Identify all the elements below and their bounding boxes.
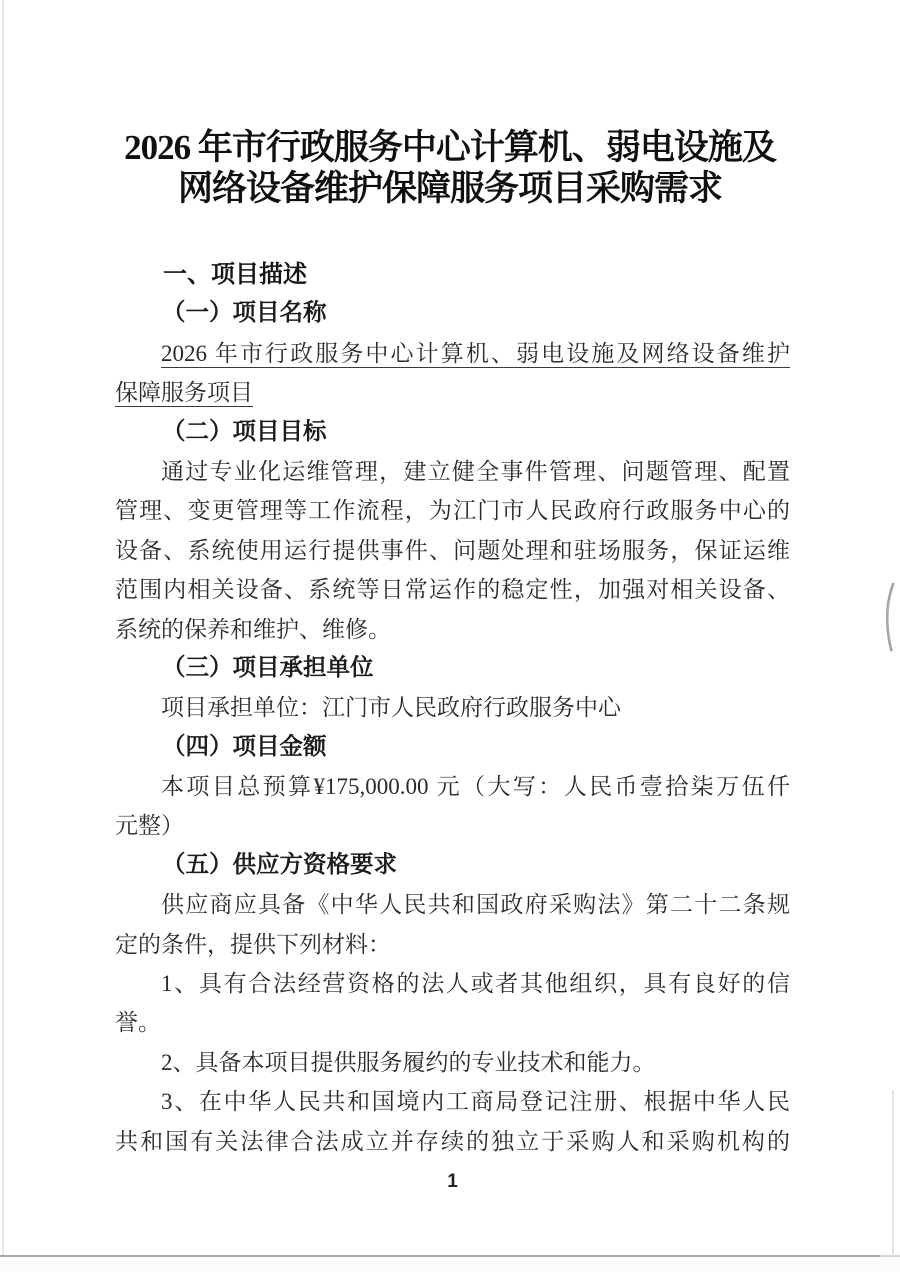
goal-paragraph-line: 设备、系统使用运行提供事件、问题处理和驻场服务，保证运维 <box>115 531 790 570</box>
document-body: 一、项目描述 （一）项目名称 2026 年市行政服务中心计算机、弱电设施及网络设… <box>115 255 790 1161</box>
qualification-item-1-line: 1、具有合法经营资格的法人或者其他组织，具有良好的信 <box>115 964 790 1003</box>
qualification-paragraph-line: 供应商应具备《中华人民共和国政府采购法》第二十二条规 <box>115 885 790 924</box>
goal-paragraph-line: 系统的保养和维护、维修。 <box>115 610 790 649</box>
document-page: 2026 年市行政服务中心计算机、弱电设施及 网络设备维护保障服务项目采购需求 … <box>0 0 900 1272</box>
document-title-line-2: 网络设备维护保障服务项目采购需求 <box>0 168 900 209</box>
document-title: 2026 年市行政服务中心计算机、弱电设施及 网络设备维护保障服务项目采购需求 <box>0 127 900 209</box>
undertaking-unit-line: 项目承担单位：江门市人民政府行政服务中心 <box>115 688 790 727</box>
goal-paragraph-line: 管理、变更管理等工作流程，为江门市人民政府行政服务中心的 <box>115 491 790 530</box>
subsection-heading-project-goal: （二）项目目标 <box>115 413 790 452</box>
project-name-line-2: 保障服务项目 <box>115 373 790 412</box>
page-right-edge <box>892 1090 894 1256</box>
qualification-item-3-line: 共和国有关法律合法成立并存续的独立于采购人和采购机构的 <box>115 1122 790 1161</box>
subsection-heading-project-amount: （四）项目金额 <box>115 728 790 767</box>
qualification-paragraph-line: 定的条件，提供下列材料： <box>115 925 790 964</box>
scan-background-strip <box>0 1257 900 1272</box>
budget-amount-line: 本项目总预算¥175,000.00 元（大写：人民币壹拾柒万伍仟 <box>115 767 790 806</box>
subsection-heading-project-name: （一）项目名称 <box>115 294 790 333</box>
page-left-edge <box>2 0 4 1258</box>
qualification-item-3-line: 3、在中华人民共和国境内工商局登记注册、根据中华人民 <box>115 1082 790 1121</box>
scan-smudge-mark <box>878 581 896 653</box>
goal-paragraph-line: 通过专业化运维管理，建立健全事件管理、问题管理、配置 <box>115 452 790 491</box>
qualification-item-1-line: 誉。 <box>115 1003 790 1042</box>
section-heading-project-description: 一、项目描述 <box>115 255 790 294</box>
document-title-line-1: 2026 年市行政服务中心计算机、弱电设施及 <box>0 127 900 168</box>
budget-amount-line: 元整） <box>115 806 790 845</box>
qualification-item-2-line: 2、具备本项目提供服务履约的专业技术和能力。 <box>115 1043 790 1082</box>
subsection-heading-undertaking-unit: （三）项目承担单位 <box>115 649 790 688</box>
subsection-heading-supplier-qualification: （五）供应方资格要求 <box>115 846 790 885</box>
page-number: 1 <box>115 1171 790 1193</box>
goal-paragraph-line: 范围内相关设备、系统等日常运作的稳定性，加强对相关设备、 <box>115 570 790 609</box>
project-name-line-1: 2026 年市行政服务中心计算机、弱电设施及网络设备维护 <box>115 334 790 373</box>
